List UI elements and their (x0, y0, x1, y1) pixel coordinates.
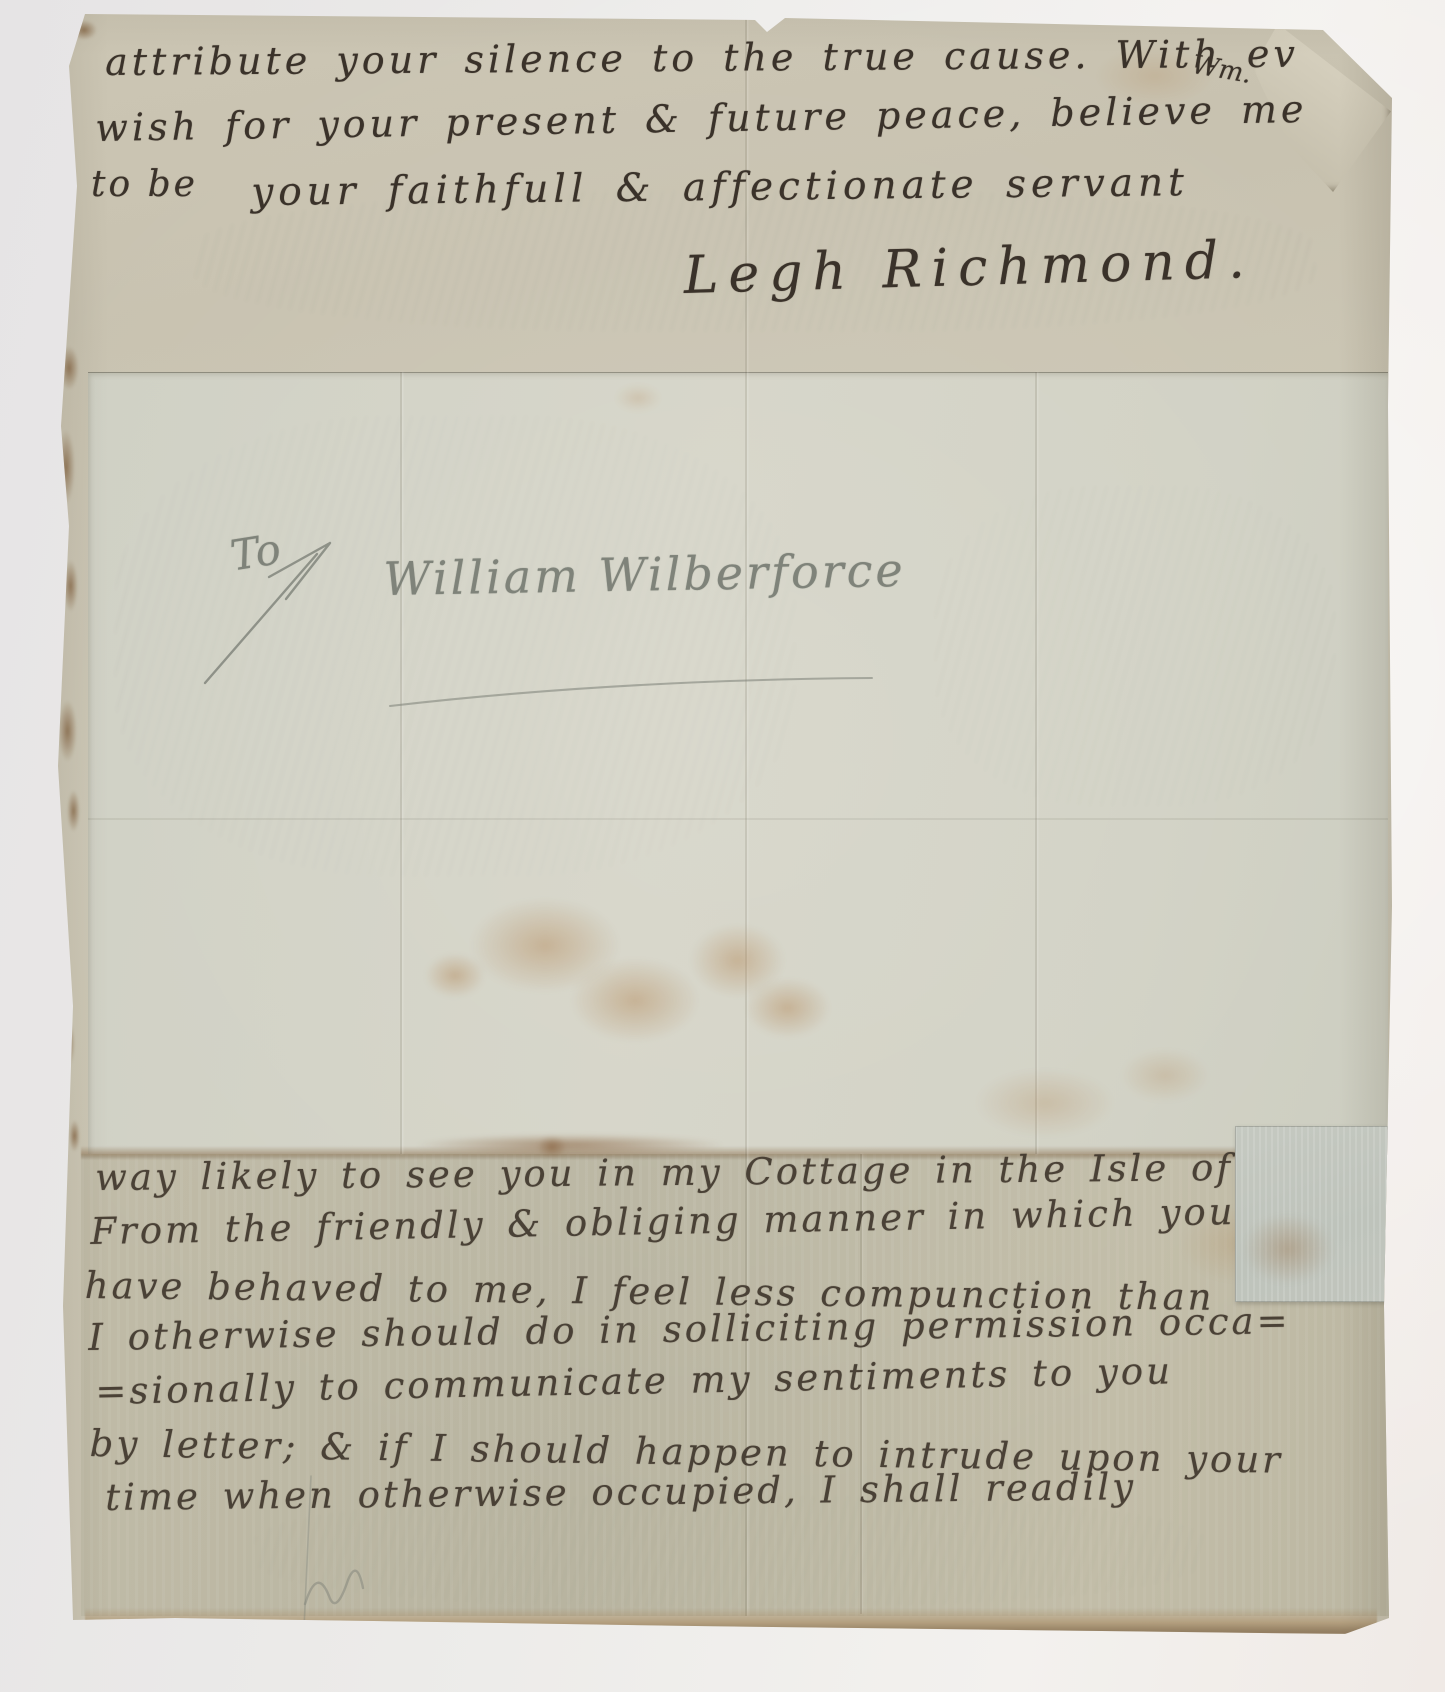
signature: Legh Richmond. (683, 230, 1255, 306)
closing-line-1: attribute your silence to the true cause… (105, 32, 1299, 84)
paper-stain (745, 978, 830, 1038)
edge-damage (59, 346, 79, 390)
paper-stain (615, 384, 661, 412)
edge-damage (67, 790, 80, 832)
fold-crease (400, 372, 402, 1154)
address-to-label: To (227, 524, 284, 580)
paper-stain (425, 953, 485, 998)
edge-damage (60, 1020, 75, 1068)
edge-damage (57, 430, 75, 504)
edge-damage (69, 1120, 80, 1152)
edge-damage (58, 700, 77, 762)
closing-line-2: wish for your present & future peace, be… (95, 87, 1308, 150)
fold-crease (1035, 372, 1037, 1154)
edge-damage (71, 20, 97, 40)
closing-line-3: to be (91, 164, 198, 205)
paper-stain (975, 1068, 1115, 1138)
letter-sheet: attribute your silence to the true cause… (55, 6, 1392, 1636)
paper-stain (1120, 1048, 1210, 1103)
edge-damage (63, 560, 78, 612)
repair-tape-patch (1235, 1126, 1388, 1302)
paper-stain (570, 958, 700, 1043)
addressee-name: William Wilberforce (383, 543, 906, 606)
fold-crease (88, 818, 1388, 820)
paper-bottom-edge (85, 1608, 1377, 1634)
patch-stain (1243, 1214, 1333, 1284)
closing-line-4: your faithfull & affectionate servant (251, 160, 1189, 215)
address-panel (88, 372, 1388, 1155)
